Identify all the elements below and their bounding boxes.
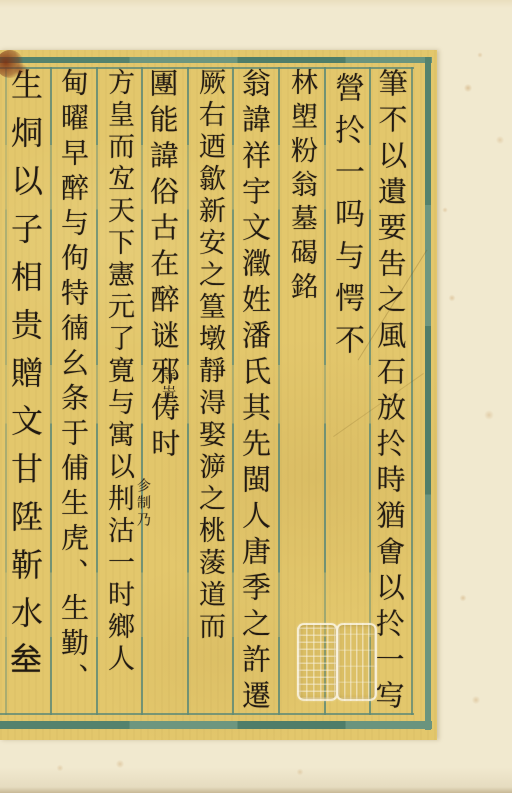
frame-border-right-outer	[425, 57, 431, 730]
side-note: 㐱制乃	[133, 478, 153, 529]
seal-impression-right	[336, 623, 377, 701]
frame-border-top-outer	[0, 57, 432, 63]
interlinear-note: 寺峕	[158, 368, 178, 402]
frame-border-bottom-outer	[0, 721, 432, 729]
seal-impression-left	[297, 623, 338, 701]
text-column-9: 生烔以子相贵贈文甘陞靳水𡊄	[2, 68, 48, 716]
ink-stain-small	[14, 64, 28, 76]
text-column-5: 厥右迺歙新安之篁墩靜淂娶㴑之桃蔆道而	[187, 68, 232, 716]
manuscript-sheet: 筆不以遺要吿之風石放扵時猶㑹以扵一㝍 營扵一吗与愕不 林塱粉翁墓碣銘 翁諱祥宇文…	[0, 50, 437, 740]
text-column-4: 翁諱祥宇文瀓姓潘氏其先閩人唐季之許遷	[232, 68, 278, 716]
album-backing-page: 筆不以遺要吿之風石放扵時猶㑹以扵一㝍 營扵一吗与愕不 林塱粉翁墓碣銘 翁諱祥宇文…	[0, 0, 512, 793]
text-column-7: 方皇而宐天下憲元了寛与寓以㓝沽一时鄉人	[96, 68, 141, 716]
title-column: 林塱粉翁墓碣銘	[278, 68, 406, 634]
text-column-8: 甸曜早醉与佝特㣮幺条于俌生虎、生勤、	[50, 68, 96, 716]
